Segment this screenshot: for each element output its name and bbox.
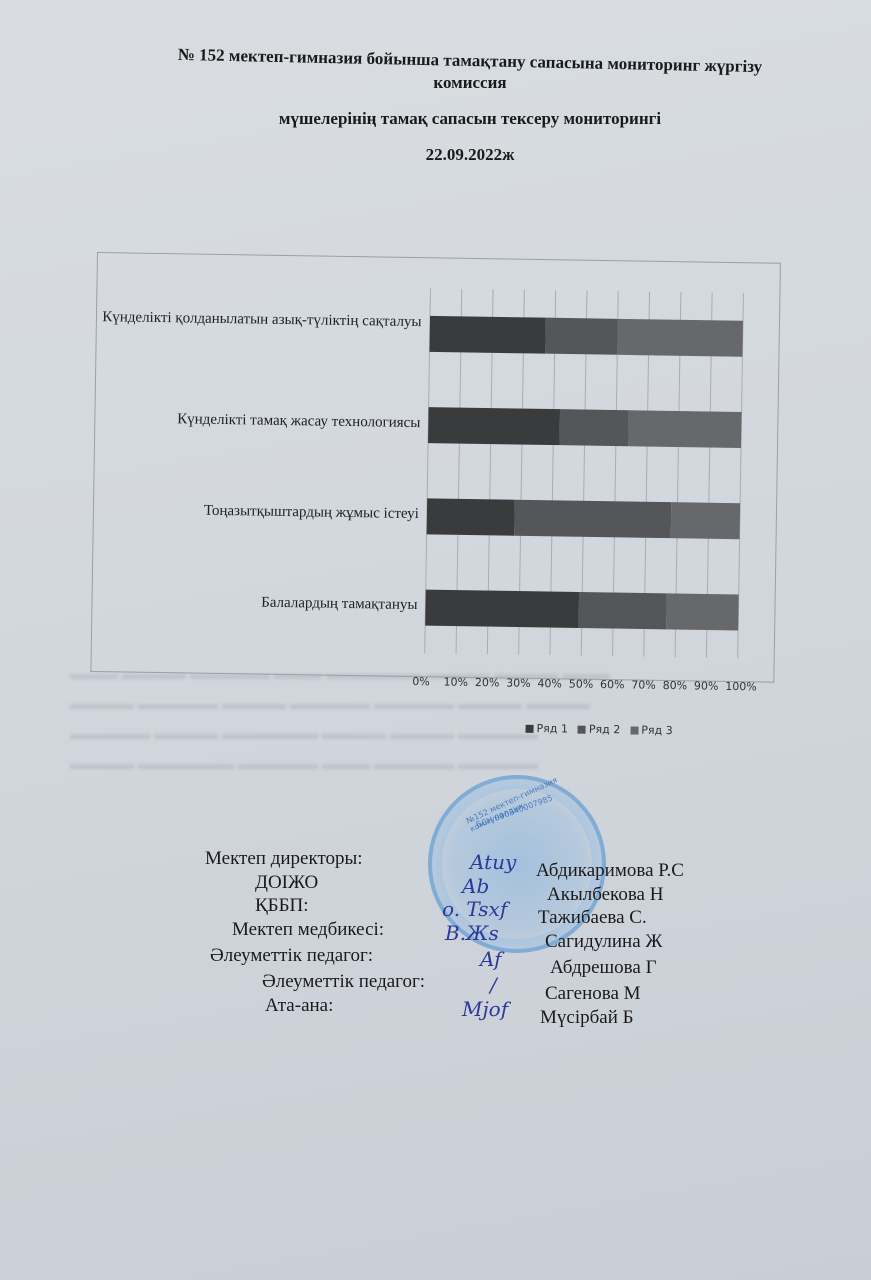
signatory-name: Тажибаева С.	[538, 907, 647, 929]
bar-segment	[617, 319, 743, 357]
handwritten-signature-icon: Mjof	[462, 997, 508, 1021]
x-tick-label: 0%	[412, 675, 430, 688]
legend-item: Ряд 3	[630, 723, 673, 737]
bar-segment	[671, 502, 740, 539]
chart-legend: Ряд 1Ряд 2Ряд 3	[525, 722, 672, 737]
x-tick-label: 60%	[600, 678, 625, 691]
bar-segment	[429, 316, 545, 354]
x-tick-label: 90%	[694, 679, 719, 692]
signatory-role: Мектеп директоры:	[205, 848, 363, 870]
x-tick-label: 40%	[537, 677, 562, 690]
x-tick-label: 20%	[475, 676, 500, 689]
legend-label: Ряд 2	[589, 723, 621, 736]
signatory-role: Ата-ана:	[265, 995, 333, 1017]
bar-segment	[427, 498, 515, 535]
handwritten-signature-icon: /	[490, 973, 497, 997]
bar-segment	[559, 409, 628, 446]
legend-swatch-icon	[578, 725, 586, 733]
bar-segment	[428, 407, 560, 445]
bar-segment	[628, 410, 741, 448]
legend-item: Ряд 2	[578, 723, 621, 737]
signatory-name: Мүсірбай Б	[540, 1007, 634, 1029]
bar-segment	[514, 500, 671, 538]
x-tick-label: 30%	[506, 676, 531, 689]
handwritten-signature-icon: Atuy	[470, 850, 516, 874]
signatory-role: Әлеуметтік педагог:	[262, 971, 425, 993]
legend-label: Ряд 3	[641, 724, 673, 737]
legend-item: Ряд 1	[525, 722, 568, 736]
signatory-role: ДОІЖО	[255, 872, 318, 894]
document-title: № 152 мектеп-гимназия бойынша тамақтану …	[110, 50, 830, 166]
legend-label: Ряд 1	[536, 722, 568, 735]
title-line-3: мүшелерінің тамақ сапасын тексеру монито…	[110, 108, 830, 130]
stacked-bar-chart: Күнделікті қолданылатын азық-түліктің са…	[90, 252, 781, 683]
signatory-name: Сагенова М	[545, 983, 641, 1005]
legend-swatch-icon	[526, 724, 534, 732]
legend-swatch-icon	[630, 726, 638, 734]
x-tick-label: 50%	[569, 677, 594, 690]
x-tick-label: 80%	[663, 679, 688, 692]
bar-segment	[545, 318, 618, 355]
signatory-name: Сагидулина Ж	[545, 931, 662, 953]
handwritten-signature-icon: Ab	[462, 874, 489, 898]
signatory-role: ҚББП:	[255, 895, 309, 917]
x-tick-label: 70%	[631, 678, 656, 691]
bar-segment	[425, 590, 579, 628]
signatory-role: Әлеуметтік педагог:	[210, 945, 373, 967]
handwritten-signature-icon: o. Tsxf	[442, 897, 507, 921]
bar-segment	[666, 593, 739, 630]
x-tick-label: 10%	[443, 675, 468, 688]
signatory-name: Акылбекова Н	[547, 884, 663, 906]
signatory-role: Мектеп медбикесі:	[232, 919, 384, 941]
x-tick-label: 100%	[725, 680, 757, 693]
signatory-name: Абдикаримова Р.С	[536, 860, 684, 882]
signatory-name: Абдрешова Г	[550, 957, 657, 979]
document-page: ▬▬▬ ▬▬▬▬ ▬▬▬▬▬ ▬▬▬ ▬▬▬▬▬▬ ▬▬▬▬ ▬▬▬▬ ▬▬▬ …	[0, 0, 871, 1280]
bar-segment	[579, 592, 667, 629]
document-date: 22.09.2022ж	[110, 144, 830, 166]
handwritten-signature-icon: B.Жs	[445, 921, 499, 945]
handwritten-signature-icon: Af	[480, 947, 502, 971]
